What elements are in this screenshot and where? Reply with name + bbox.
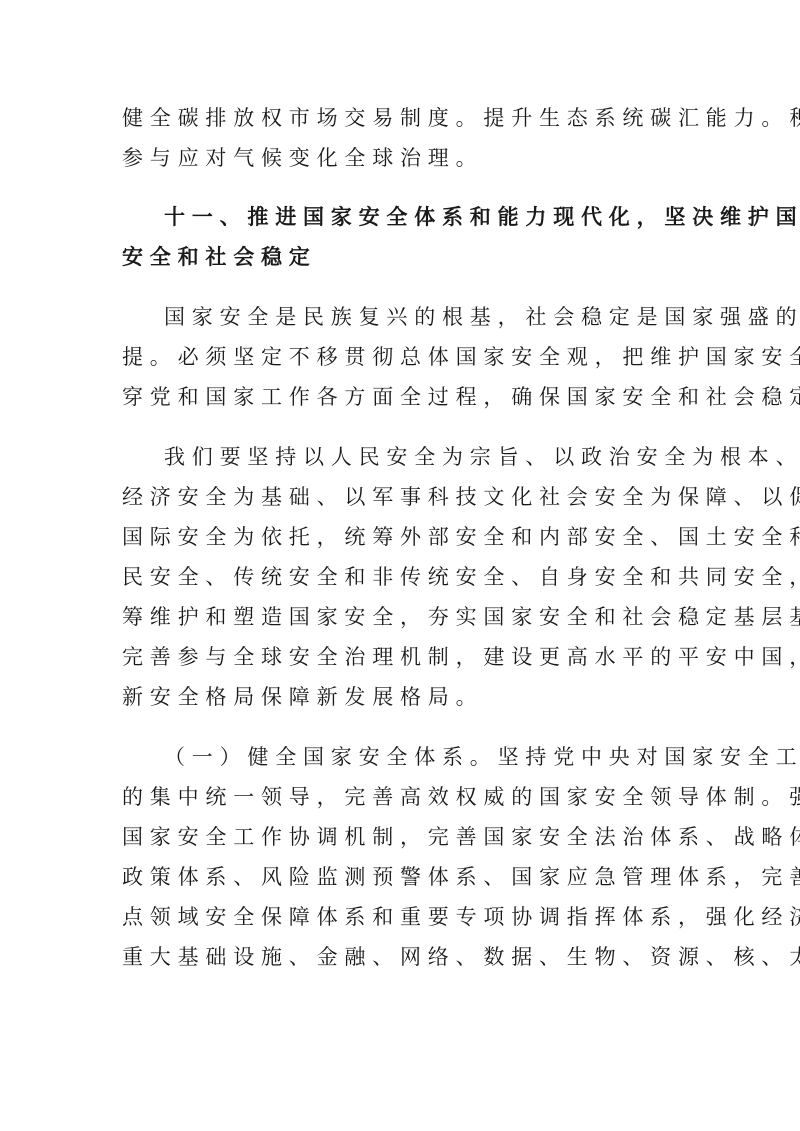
text-line: 国家安全工作协调机制，完善国家安全法治体系、战略体系、	[122, 823, 692, 851]
text-line: 我们要坚持以人民安全为宗旨、以政治安全为根本、以	[164, 443, 734, 471]
subsection-heading-line: （一）健全国家安全体系。坚持党中央对国家安全工作	[164, 743, 734, 771]
text-line: 经济安全为基础、以军事科技文化社会安全为保障、以促进	[122, 483, 692, 511]
section-heading: 安全和社会稳定	[122, 243, 692, 271]
text-line: 重大基础设施、金融、网络、数据、生物、资源、核、太空、	[122, 943, 692, 971]
text-line: 筹维护和塑造国家安全，夯实国家安全和社会稳定基层基础，	[122, 603, 692, 631]
text-line: 国际安全为依托，统筹外部安全和内部安全、国土安全和国	[122, 523, 692, 551]
text-line: 的集中统一领导，完善高效权威的国家安全领导体制。强化	[122, 783, 692, 811]
text-line: 新安全格局保障新发展格局。	[122, 683, 692, 711]
text-line: 点领域安全保障体系和重要专项协调指挥体系，强化经济、	[122, 903, 692, 931]
text-line: 政策体系、风险监测预警体系、国家应急管理体系，完善重	[122, 863, 692, 891]
text-line: 国家安全是民族复兴的根基，社会稳定是国家强盛的前	[164, 303, 734, 331]
text-line: 提。必须坚定不移贯彻总体国家安全观，把维护国家安全贯	[122, 343, 692, 371]
text-line: 参与应对气候变化全球治理。	[122, 144, 692, 172]
document-page: 健全碳排放权市场交易制度。提升生态系统碳汇能力。积极 参与应对气候变化全球治理。…	[0, 0, 800, 1131]
text-line: 民安全、传统安全和非传统安全、自身安全和共同安全，统	[122, 563, 692, 591]
section-heading: 十一、推进国家安全体系和能力现代化，坚决维护国家	[164, 203, 734, 231]
text-line: 穿党和国家工作各方面全过程，确保国家安全和社会稳定。	[122, 383, 692, 411]
text-line: 完善参与全球安全治理机制，建设更高水平的平安中国，以	[122, 643, 692, 671]
text-line: 健全碳排放权市场交易制度。提升生态系统碳汇能力。积极	[122, 104, 692, 132]
